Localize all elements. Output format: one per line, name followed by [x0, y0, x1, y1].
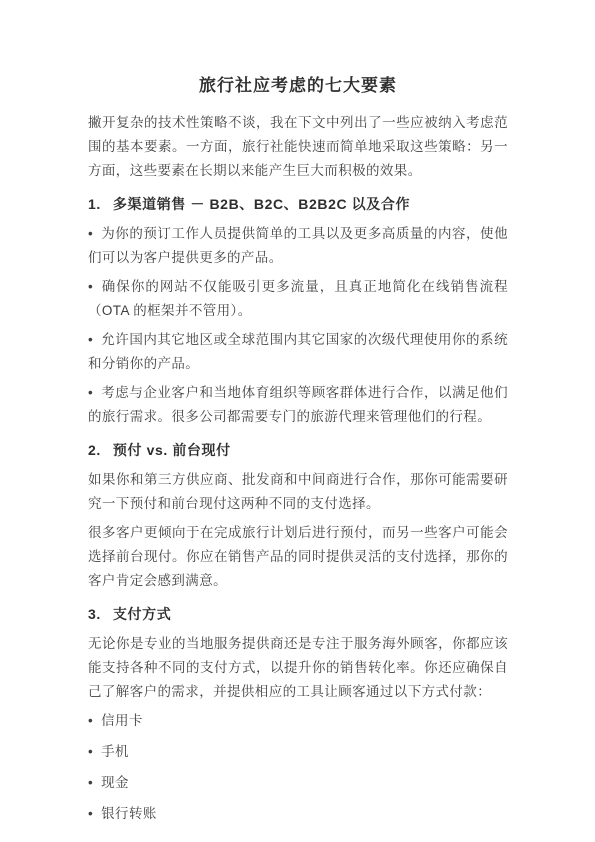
body-paragraph: 如果你和第三方供应商、批发商和中间商进行合作，那你可能需要研究一下预付和前台现付… [88, 468, 508, 516]
section-heading-text: 多渠道销售 － B2B、B2C、B2B2C 以及合作 [113, 196, 410, 212]
bullet-text: 允许国内其它地区或全球范围内其它国家的次级代理使用你的系统和分销你的产品。 [88, 332, 508, 371]
payment-method-item: •现金 [88, 771, 508, 795]
bullet-icon: • [88, 771, 93, 795]
payment-method-item: •信用卡 [88, 709, 508, 733]
section-prepay-vs-postpay: 2.预付 vs. 前台现付 如果你和第三方供应商、批发商和中间商进行合作，那你可… [88, 438, 508, 593]
bullet-text: 确保你的网站不仅能吸引更多流量，且真正地简化在线销售流程（OTA 的框架并不管用… [88, 279, 508, 318]
document-page: 旅行社应考虑的七大要素 撇开复杂的技术性策略不谈，我在下文中列出了一些应被纳入考… [0, 0, 595, 842]
section-payment-methods: 3.支付方式 无论你是专业的当地服务提供商还是专注于服务海外顾客，你都应该能支持… [88, 602, 508, 826]
section-number: 3. [88, 602, 101, 626]
section-heading: 3.支付方式 [88, 602, 508, 626]
payment-method-label: 信用卡 [101, 713, 143, 728]
section-multichannel-sales: 1.多渠道销售 － B2B、B2C、B2B2C 以及合作 •为你的预订工作人员提… [88, 192, 508, 429]
section-heading-text: 支付方式 [113, 606, 171, 622]
body-paragraph: 很多客户更倾向于在完成旅行计划后进行预付，而另一些客户可能会选择前台现付。你应在… [88, 521, 508, 593]
payment-method-item: •手机 [88, 740, 508, 764]
bullet-text: 考虑与企业客户和当地体育组织等顾客群体进行合作，以满足他们的旅行需求。很多公司都… [88, 385, 508, 424]
section-heading: 1.多渠道销售 － B2B、B2C、B2B2C 以及合作 [88, 192, 508, 216]
bullet-icon: • [88, 328, 93, 352]
bullet-icon: • [88, 222, 93, 246]
body-paragraph: 无论你是专业的当地服务提供商还是专注于服务海外顾客，你都应该能支持各种不同的支付… [88, 632, 508, 704]
bullet-item: •允许国内其它地区或全球范围内其它国家的次级代理使用你的系统和分销你的产品。 [88, 328, 508, 376]
payment-method-label: 现金 [101, 775, 129, 790]
section-number: 1. [88, 192, 101, 216]
bullet-item: •为你的预订工作人员提供简单的工具以及更多高质量的内容，使他们可以为客户提供更多… [88, 222, 508, 270]
bullet-icon: • [88, 381, 93, 405]
bullet-icon: • [88, 275, 93, 299]
bullet-item: •考虑与企业客户和当地体育组织等顾客群体进行合作，以满足他们的旅行需求。很多公司… [88, 381, 508, 429]
payment-method-label: 手机 [101, 744, 129, 759]
payment-method-label: 银行转账 [101, 806, 157, 821]
intro-paragraph: 撇开复杂的技术性策略不谈，我在下文中列出了一些应被纳入考虑范围的基本要素。一方面… [88, 111, 508, 183]
bullet-icon: • [88, 740, 93, 764]
page-title: 旅行社应考虑的七大要素 [88, 74, 508, 98]
bullet-text: 为你的预订工作人员提供简单的工具以及更多高质量的内容，使他们可以为客户提供更多的… [88, 226, 508, 265]
section-number: 2. [88, 438, 101, 462]
section-heading: 2.预付 vs. 前台现付 [88, 438, 508, 462]
payment-method-item: •银行转账 [88, 802, 508, 826]
bullet-icon: • [88, 709, 93, 733]
section-heading-text: 预付 vs. 前台现付 [113, 442, 231, 458]
bullet-item: •确保你的网站不仅能吸引更多流量，且真正地简化在线销售流程（OTA 的框架并不管… [88, 275, 508, 323]
bullet-icon: • [88, 802, 93, 826]
